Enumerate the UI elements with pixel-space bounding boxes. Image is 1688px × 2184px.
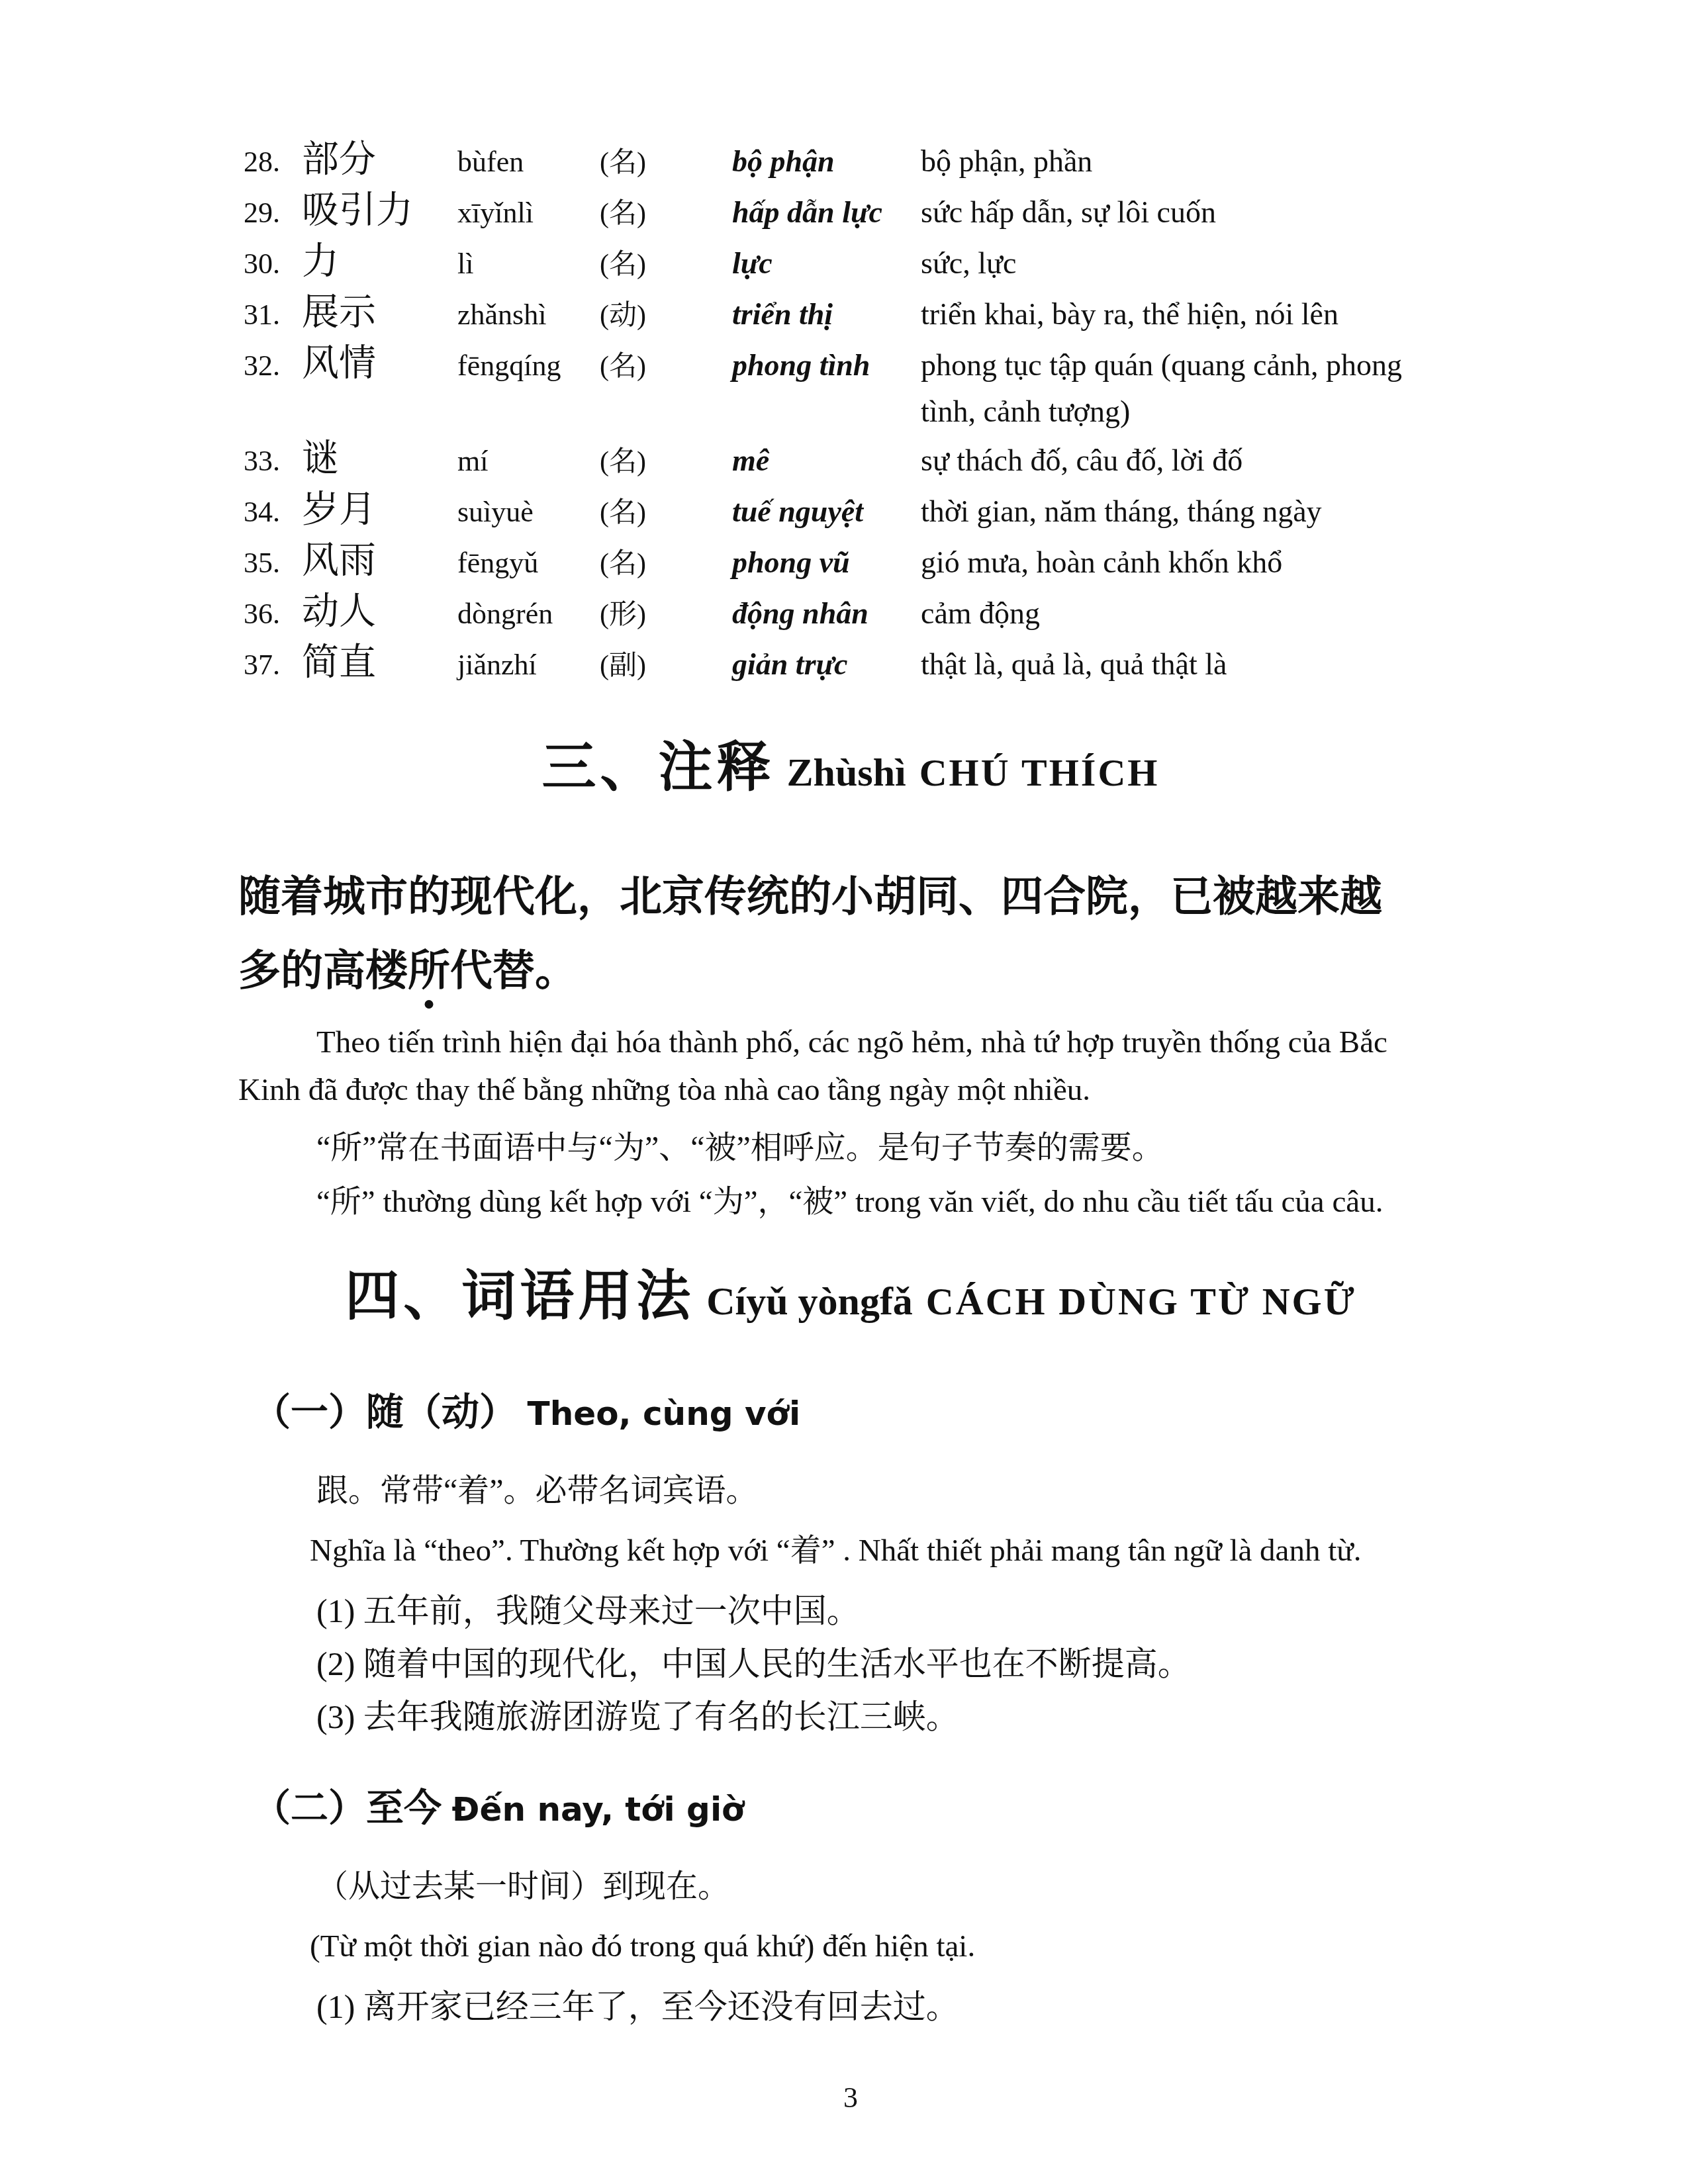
subsection-heading-zhijin: （二）至今 Đến nay, tới giờ (253, 1778, 1463, 1832)
example-list: (1) 离开家已经三年了，至今还没有回去过。 (238, 1980, 1463, 2033)
definition-vietnamese: Nghĩa là “theo”. Thường kết hợp với “着” … (238, 1526, 1423, 1575)
vocab-pinyin: bùfen (457, 138, 600, 186)
vocab-meaning: cảm động (921, 590, 1463, 637)
example-sentence: (1) 五年前，我随父母来过一次中国。 (316, 1584, 1463, 1637)
section-title-vietnamese: CHÚ THÍCH (919, 751, 1160, 794)
section-title-vietnamese: CÁCH DÙNG TỪ NGỮ (926, 1280, 1356, 1323)
vocab-number: 28. (244, 138, 302, 186)
vocab-meaning: sức hấp dẫn, sự lôi cuốn (921, 189, 1463, 236)
vocab-sino-vietnamese: giản trực (732, 641, 921, 688)
vocab-pinyin: jiǎnzhí (457, 641, 600, 689)
section-title-pinyin: Cíyǔ yòngfǎ (706, 1279, 913, 1323)
section-title-chinese: 四、词语用法 (345, 1266, 694, 1326)
vocab-number: 34. (244, 488, 302, 536)
emphasized-char: 所 (408, 946, 450, 995)
vocab-meaning: sức, lực (921, 240, 1463, 287)
example-sentence: (1) 离开家已经三年了，至今还没有回去过。 (316, 1980, 1463, 2033)
vocab-pinyin: fēngqíng (457, 342, 600, 390)
vocab-meaning: gió mưa, hoàn cảnh khốn khổ (921, 539, 1463, 586)
section-heading-word-usage: 四、词语用法 Cíyǔ yòngfǎ CÁCH DÙNG TỪ NGỮ (238, 1253, 1463, 1330)
vocab-pos: (名) (600, 241, 732, 289)
vocab-pinyin: fēngyǔ (457, 539, 600, 587)
section-title-pinyin: Zhùshì (787, 751, 906, 794)
example-list: (1) 五年前，我随父母来过一次中国。 (2) 随着中国的现代化，中国人民的生活… (238, 1584, 1463, 1743)
page-number: 3 (238, 2081, 1463, 2115)
section-title-chinese: 三、注释 (542, 737, 775, 797)
vocab-hanzi: 动人 (302, 588, 457, 635)
vocabulary-table: 28. 部分 bùfen (名) bộ phận bộ phận, phần 2… (244, 136, 1463, 690)
table-row: 32. 风情 fēngqíng (名) phong tình phong tục… (244, 340, 1463, 435)
vocab-sino-vietnamese: phong vũ (732, 539, 921, 586)
vocab-number: 29. (244, 189, 302, 237)
vocab-hanzi: 吸引力 (302, 187, 457, 234)
vocab-pos: (名) (600, 139, 732, 187)
grammar-note-vietnamese: “所” thường dùng kết hợp với “为”，“被” tron… (238, 1177, 1443, 1226)
table-row: 31. 展示 zhǎnshì (动) triển thị triển khai,… (244, 289, 1463, 340)
subsection-label-vietnamese: Đến nay, tới giờ (452, 1790, 745, 1829)
table-row: 36. 动人 dòngrén (形) động nhân cảm động (244, 588, 1463, 639)
vocab-meaning: sự thách đố, câu đố, lời đố (921, 437, 1463, 484)
subsection-label-chinese: （一）随（动） (253, 1390, 517, 1434)
table-row: 29. 吸引力 xīyǐnlì (名) hấp dẫn lực sức hấp … (244, 187, 1463, 238)
sentence-after-emphasis: 代替。 (450, 946, 577, 995)
textbook-page: 28. 部分 bùfen (名) bộ phận bộ phận, phần 2… (0, 0, 1688, 2184)
vocab-sino-vietnamese: động nhân (732, 590, 921, 637)
subsection-label-chinese: （二）至今 (253, 1786, 442, 1830)
vocab-meaning: phong tục tập quán (quang cảnh, phong tì… (921, 342, 1463, 435)
vocab-pos: (动) (600, 292, 732, 340)
vocab-pinyin: xīyǐnlì (457, 189, 600, 237)
vocab-pos: (副) (600, 642, 732, 690)
vocab-hanzi: 岁月 (302, 486, 457, 533)
table-row: 37. 简直 jiǎnzhí (副) giản trực thật là, qu… (244, 639, 1463, 690)
vocab-pos: (名) (600, 438, 732, 486)
vocab-pinyin: suìyuè (457, 488, 600, 536)
table-row: 30. 力 lì (名) lực sức, lực (244, 238, 1463, 289)
definition-chinese: 跟。常带“着”。必带名词宾语。 (316, 1471, 1463, 1512)
table-row: 35. 风雨 fēngyǔ (名) phong vũ gió mưa, hoàn… (244, 537, 1463, 588)
table-row: 33. 谜 mí (名) mê sự thách đố, câu đố, lời… (244, 435, 1463, 486)
table-row: 34. 岁月 suìyuè (名) tuế nguyệt thời gian, … (244, 486, 1463, 537)
vocab-sino-vietnamese: tuế nguyệt (732, 488, 921, 535)
vocab-pos: (名) (600, 190, 732, 238)
vocab-hanzi: 力 (302, 238, 457, 285)
vocab-pinyin: zhǎnshì (457, 291, 600, 339)
definition-vietnamese: (Từ một thời gian nào đó trong quá khứ) … (238, 1922, 1423, 1971)
example-sentence: (2) 随着中国的现代化，中国人民的生活水平也在不断提高。 (316, 1637, 1463, 1690)
vocab-hanzi: 风情 (302, 340, 457, 387)
subsection-heading-sui: （一）随（动） Theo, cùng với (253, 1382, 1463, 1436)
vocab-number: 32. (244, 342, 302, 390)
vocab-pos: (名) (600, 540, 732, 588)
vocab-number: 36. (244, 590, 302, 638)
vocab-number: 33. (244, 437, 302, 485)
vocab-hanzi: 简直 (302, 639, 457, 686)
example-sentence: (3) 去年我随旅游团游览了有名的长江三峡。 (316, 1690, 1463, 1743)
vocab-sino-vietnamese: phong tình (732, 341, 921, 389)
vocab-meaning: thật là, quả là, quả thật là (921, 641, 1463, 688)
vietnamese-translation: Theo tiến trình hiện đại hóa thành phố, … (238, 1019, 1443, 1114)
section-heading-notes: 三、注释 Zhùshì CHÚ THÍCH (238, 724, 1463, 801)
vocab-pinyin: dòngrén (457, 590, 600, 638)
vocab-meaning: triển khai, bày ra, thể hiện, nói lên (921, 291, 1463, 338)
vocab-sino-vietnamese: triển thị (732, 291, 921, 338)
vocab-hanzi: 谜 (302, 435, 457, 482)
vocab-pos: (名) (600, 489, 732, 537)
vocab-meaning: bộ phận, phần (921, 138, 1463, 185)
table-row: 28. 部分 bùfen (名) bộ phận bộ phận, phần (244, 136, 1463, 187)
vocab-number: 37. (244, 641, 302, 689)
vocab-number: 31. (244, 291, 302, 339)
definition-chinese: （从过去某一时间）到现在。 (316, 1866, 1463, 1907)
vocab-sino-vietnamese: bộ phận (732, 138, 921, 185)
subsection-label-vietnamese: Theo, cùng với (528, 1394, 800, 1433)
vocab-pos: (形) (600, 591, 732, 639)
vocab-pinyin: lì (457, 240, 600, 288)
vocab-number: 30. (244, 240, 302, 288)
annotated-sentence: 随着城市的现代化，北京传统的小胡同、四合院，已被越来越多的高楼所代替。 (238, 860, 1403, 1008)
vocab-hanzi: 风雨 (302, 537, 457, 584)
vocab-pos: (名) (600, 343, 732, 390)
vocab-sino-vietnamese: hấp dẫn lực (732, 189, 921, 236)
vocab-number: 35. (244, 539, 302, 587)
vocab-sino-vietnamese: lực (732, 240, 921, 287)
vocab-pinyin: mí (457, 437, 600, 485)
vocab-sino-vietnamese: mê (732, 437, 921, 484)
vocab-hanzi: 展示 (302, 289, 457, 336)
vocab-hanzi: 部分 (302, 136, 457, 183)
grammar-note-chinese: “所”常在书面语中与“为”、“被”相呼应。是句子节奏的需要。 (238, 1122, 1463, 1175)
vocab-meaning: thời gian, năm tháng, tháng ngày (921, 488, 1463, 535)
